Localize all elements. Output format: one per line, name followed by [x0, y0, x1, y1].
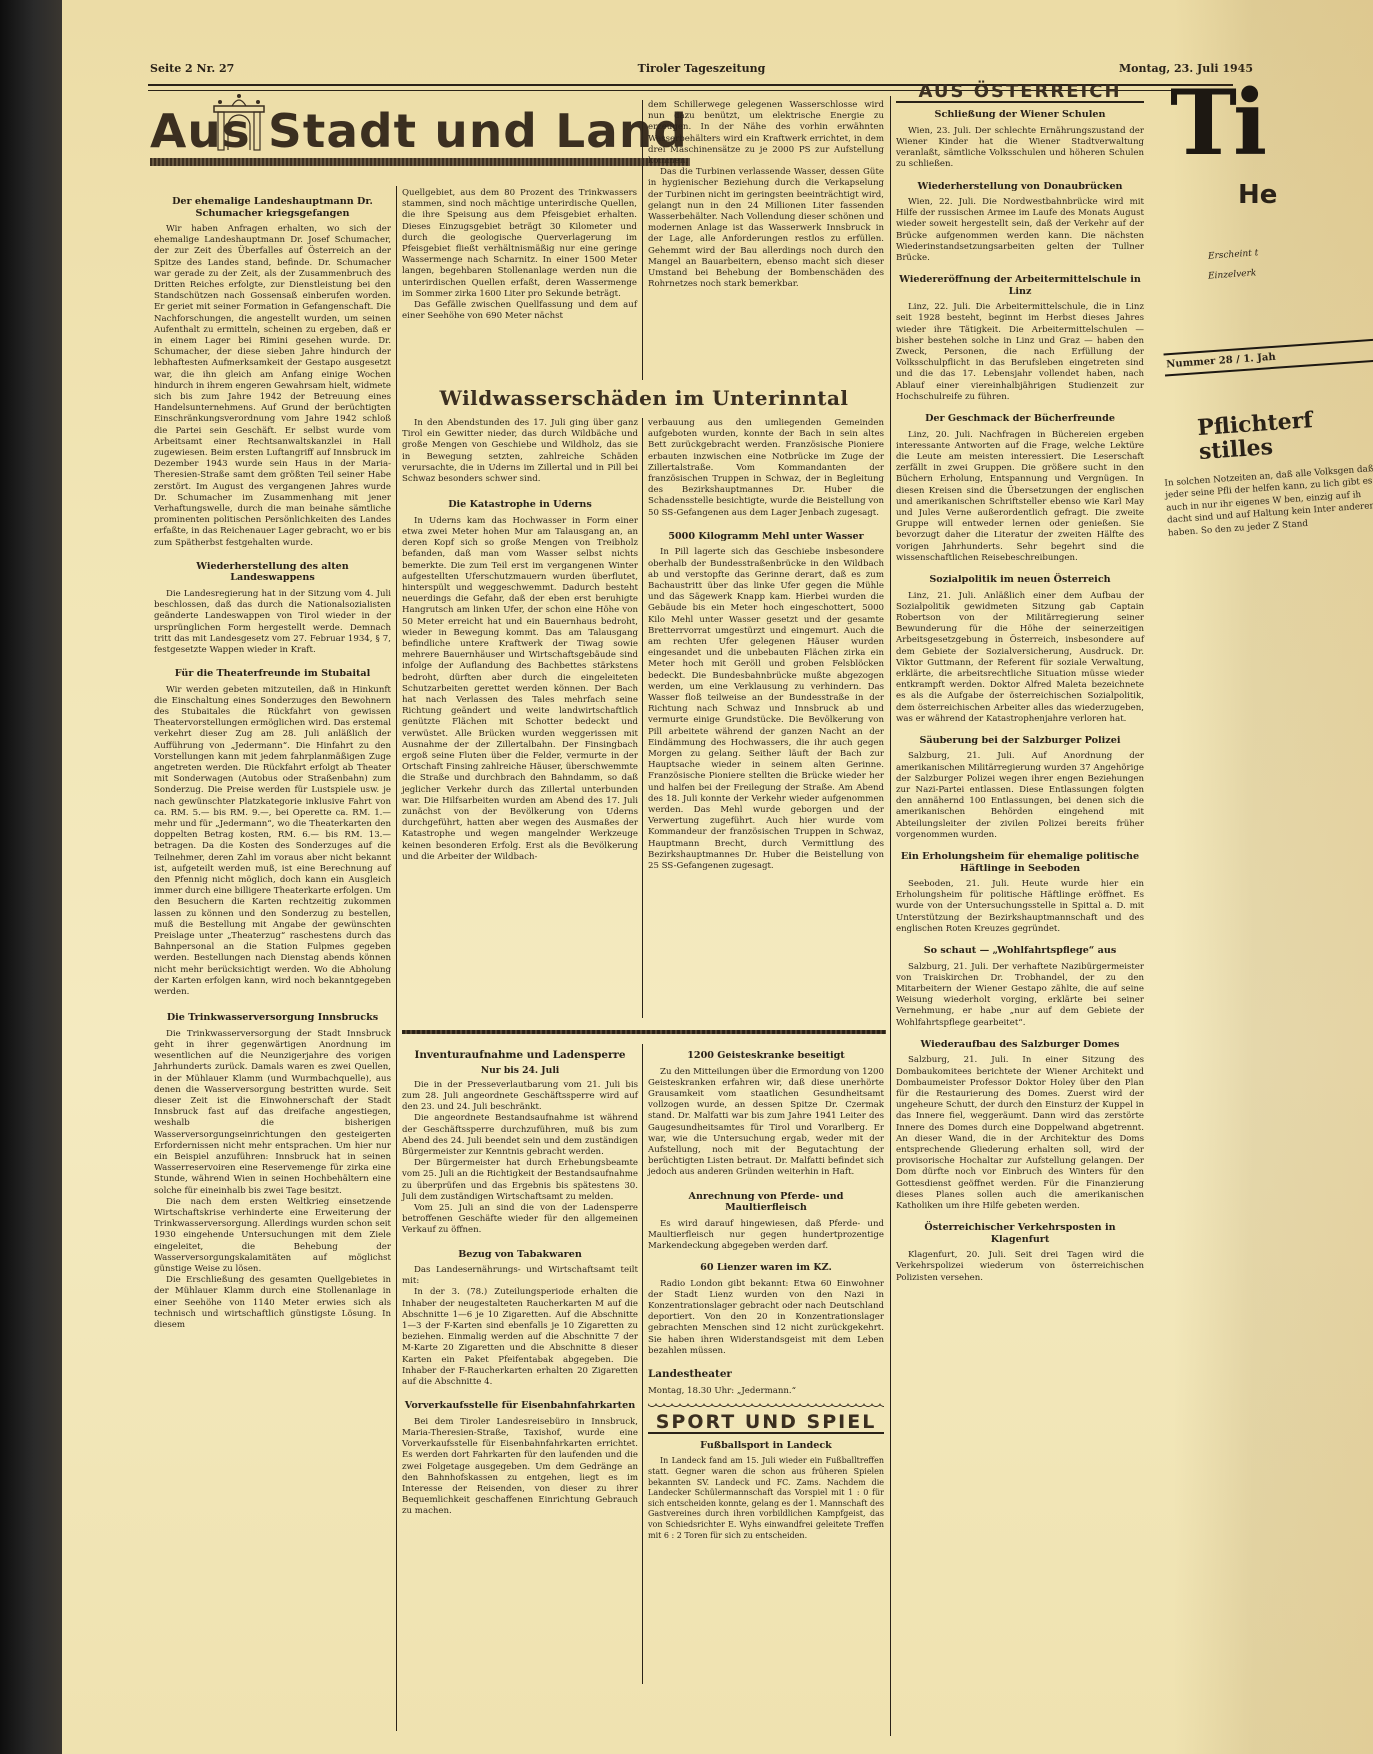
article-title: Wiederaufbau des Salzburger Domes — [896, 1039, 1144, 1051]
column-2-top: Quellgebiet, aus dem 80 Prozent des Trin… — [402, 188, 637, 322]
article-body: Wien, 23. Juli. Der schlechte Ernährungs… — [896, 126, 1144, 171]
adjacent-body: In solchen Notzeiten an, daß alle Volksg… — [1164, 462, 1373, 539]
book-binding-edge — [0, 0, 62, 1754]
article-body: Vom 25. Juli an sind die von der Ladensp… — [402, 1203, 638, 1237]
article-body: dem Schillerwege gelegenen Wasserschloss… — [648, 100, 884, 167]
article-body: Das Landesernährungs- und Wirtschaftsamt… — [402, 1265, 638, 1287]
article-title: So schaut — „Wohlfahrtspflege“ aus — [896, 945, 1144, 957]
article-body: Wien, 22. Juli. Die Nordwestbahnbrücke w… — [896, 197, 1144, 264]
article-title: Österreichischer Verkehrsposten in Klage… — [896, 1222, 1144, 1245]
column-divider — [396, 186, 397, 1731]
masthead-bar — [150, 158, 690, 166]
article-body: Salzburg, 21. Juli. In einer Sitzung des… — [896, 1055, 1144, 1212]
article-title: Wiederherstellung des alten Landeswappen… — [154, 561, 391, 584]
article-title: Die Trinkwasserversorgung Innsbrucks — [154, 1012, 391, 1024]
article-body: Die nach dem ersten Weltkrieg einsetzend… — [154, 1197, 391, 1275]
article-title: Anrechnung von Pferde- und Maultierfleis… — [648, 1191, 884, 1214]
article-title: Inventuraufnahme und Ladensperre — [402, 1050, 638, 1062]
section-title-austria: AUS ÖSTERREICH — [896, 86, 1144, 97]
article-title: Fußballsport in Landeck — [648, 1440, 884, 1452]
headline-wildwasser: Wildwasserschäden im Unterinntal — [402, 386, 886, 410]
news-briefs-column: 1200 Geisteskranke beseitigt Zu den Mitt… — [648, 1044, 884, 1541]
column-divider — [890, 96, 891, 1736]
article-title: 1200 Geisteskranke beseitigt — [648, 1050, 884, 1062]
article-body: verbauung aus den umliegenden Gemeinden … — [648, 418, 884, 519]
adjacent-info-line: Erscheint t — [1208, 248, 1259, 261]
article-body: Das Gefälle zwischen Quellfassung und de… — [402, 300, 637, 322]
article-title: 60 Lienzer waren im KZ. — [648, 1262, 884, 1274]
adjacent-subtitle: He — [1238, 180, 1277, 210]
section-masthead: Aus Stadt und Land — [150, 100, 690, 158]
article-title: Sozialpolitik im neuen Österreich — [896, 574, 1144, 586]
theater-schedule: Montag, 18.30 Uhr: „Jedermann.“ — [648, 1386, 884, 1397]
article-subtitle: Nur bis 24. Juli — [402, 1065, 638, 1076]
article-subtitle: 5000 Kilogramm Mehl unter Wasser — [648, 531, 884, 543]
article-body: Salzburg, 21. Juli. Der verhaftete Nazib… — [896, 962, 1144, 1029]
wavy-divider — [648, 1403, 884, 1411]
adjacent-issue-number: Nummer 28 / 1. Jah — [1163, 337, 1373, 377]
article-subtitle: Die Katastrophe in Uderns — [402, 499, 638, 511]
article-body: Quellgebiet, aus dem 80 Prozent des Trin… — [402, 188, 637, 300]
wildwasser-left: In den Abendstunden des 17. Juli ging üb… — [402, 418, 638, 863]
article-body: Die Trinkwasserversorgung der Stadt Inns… — [154, 1029, 391, 1197]
column-divider — [642, 1044, 643, 1684]
article-body: Die in der Presseverlautbarung vom 21. J… — [402, 1080, 638, 1114]
article-title: Säuberung bei der Salzburger Polizei — [896, 735, 1144, 747]
article-body: Es wird darauf hingewiesen, daß Pferde- … — [648, 1219, 884, 1253]
article-body: In der 3. (78.) Zuteilungsperiode erhalt… — [402, 1287, 638, 1388]
article-body: Klagenfurt, 20. Juli. Seit drei Tagen wi… — [896, 1250, 1144, 1284]
adjacent-headline: Pflichterf stilles — [1197, 404, 1373, 464]
newspaper-name: Tiroler Tageszeitung — [150, 62, 1253, 75]
article-body: Das die Turbinen verlassende Wasser, des… — [648, 167, 884, 290]
wildwasser-right: verbauung aus den umliegenden Gemeinden … — [648, 418, 884, 872]
article-title: Landestheater — [648, 1369, 884, 1381]
article-body: Bei dem Tiroler Landesreisebüro in Innsb… — [402, 1417, 638, 1518]
column-divider — [642, 418, 643, 1018]
article-body: In Landeck fand am 15. Juli wieder ein F… — [648, 1456, 884, 1541]
article-body: Zu den Mitteilungen über die Ermordung v… — [648, 1067, 884, 1179]
article-body: Die Landesregierung hat in der Sitzung v… — [154, 589, 391, 656]
article-title: Wiederherstellung von Donaubrücken — [896, 181, 1144, 193]
article-body: Radio London gibt bekannt: Etwa 60 Einwo… — [648, 1279, 884, 1357]
article-title: Bezug von Tabakwaren — [402, 1249, 638, 1261]
column-divider — [642, 100, 643, 380]
section-divider — [402, 1030, 886, 1034]
article-body: Linz, 21. Juli. Anläßlich einer dem Aufb… — [896, 591, 1144, 725]
article-title: Ein Erholungsheim für ehemalige politisc… — [896, 851, 1144, 874]
adjacent-info-line: Einzelverk — [1208, 268, 1257, 281]
article-body: Linz, 20. Juli. Nachfragen in Büchereien… — [896, 430, 1144, 564]
article-body: Wir haben Anfragen erhalten, wo sich der… — [154, 224, 391, 549]
article-body: Die Erschließung des gesamten Quellgebie… — [154, 1275, 391, 1331]
column-3-top: dem Schillerwege gelegenen Wasserschloss… — [648, 100, 884, 290]
article-body: Linz, 22. Juli. Die Arbeitermittelschule… — [896, 302, 1144, 403]
adjacent-page-fragment: Ti He Erscheint t Einzelverk Nummer 28 /… — [1158, 60, 1373, 1754]
article-title: Vorverkaufsstelle für Eisenbahnfahrkarte… — [402, 1400, 638, 1412]
article-title: Wiedereröffnung der Arbeitermittelschule… — [896, 274, 1144, 297]
inventur-column: Inventuraufnahme und Ladensperre Nur bis… — [402, 1044, 638, 1518]
article-body: In Pill lagerte sich das Geschiebe insbe… — [648, 547, 884, 872]
article-body: In den Abendstunden des 17. Juli ging üb… — [402, 418, 638, 485]
article-body: Seeboden, 21. Juli. Heute wurde hier ein… — [896, 879, 1144, 935]
article-body: Die angeordnete Bestandsaufnahme ist wäh… — [402, 1113, 638, 1158]
article-body: Salzburg, 21. Juli. Auf Anordnung der am… — [896, 751, 1144, 841]
section-title-sport: SPORT UND SPIEL — [648, 1417, 884, 1428]
column-1: Der ehemalige Landeshauptmann Dr. Schuma… — [154, 190, 391, 1331]
austria-column: AUS ÖSTERREICH Schließung der Wiener Sch… — [896, 84, 1144, 1284]
city-gate-icon — [210, 92, 268, 152]
article-title: Für die Theaterfreunde im Stubaital — [154, 668, 391, 680]
article-body: In Uderns kam das Hochwasser in Form ein… — [402, 516, 638, 863]
adjacent-masthead: Ti — [1170, 70, 1263, 176]
article-title: Der Geschmack der Bücherfreunde — [896, 413, 1144, 425]
article-title: Der ehemalige Landeshauptmann Dr. Schuma… — [154, 196, 391, 219]
article-body: Wir werden gebeten mitzuteilen, daß in H… — [154, 685, 391, 999]
article-title: Schließung der Wiener Schulen — [896, 109, 1144, 121]
article-body: Der Bürgermeister hat durch Erhebungsbea… — [402, 1158, 638, 1203]
running-header: Seite 2 Nr. 27 Tiroler Tageszeitung Mont… — [150, 62, 1253, 78]
